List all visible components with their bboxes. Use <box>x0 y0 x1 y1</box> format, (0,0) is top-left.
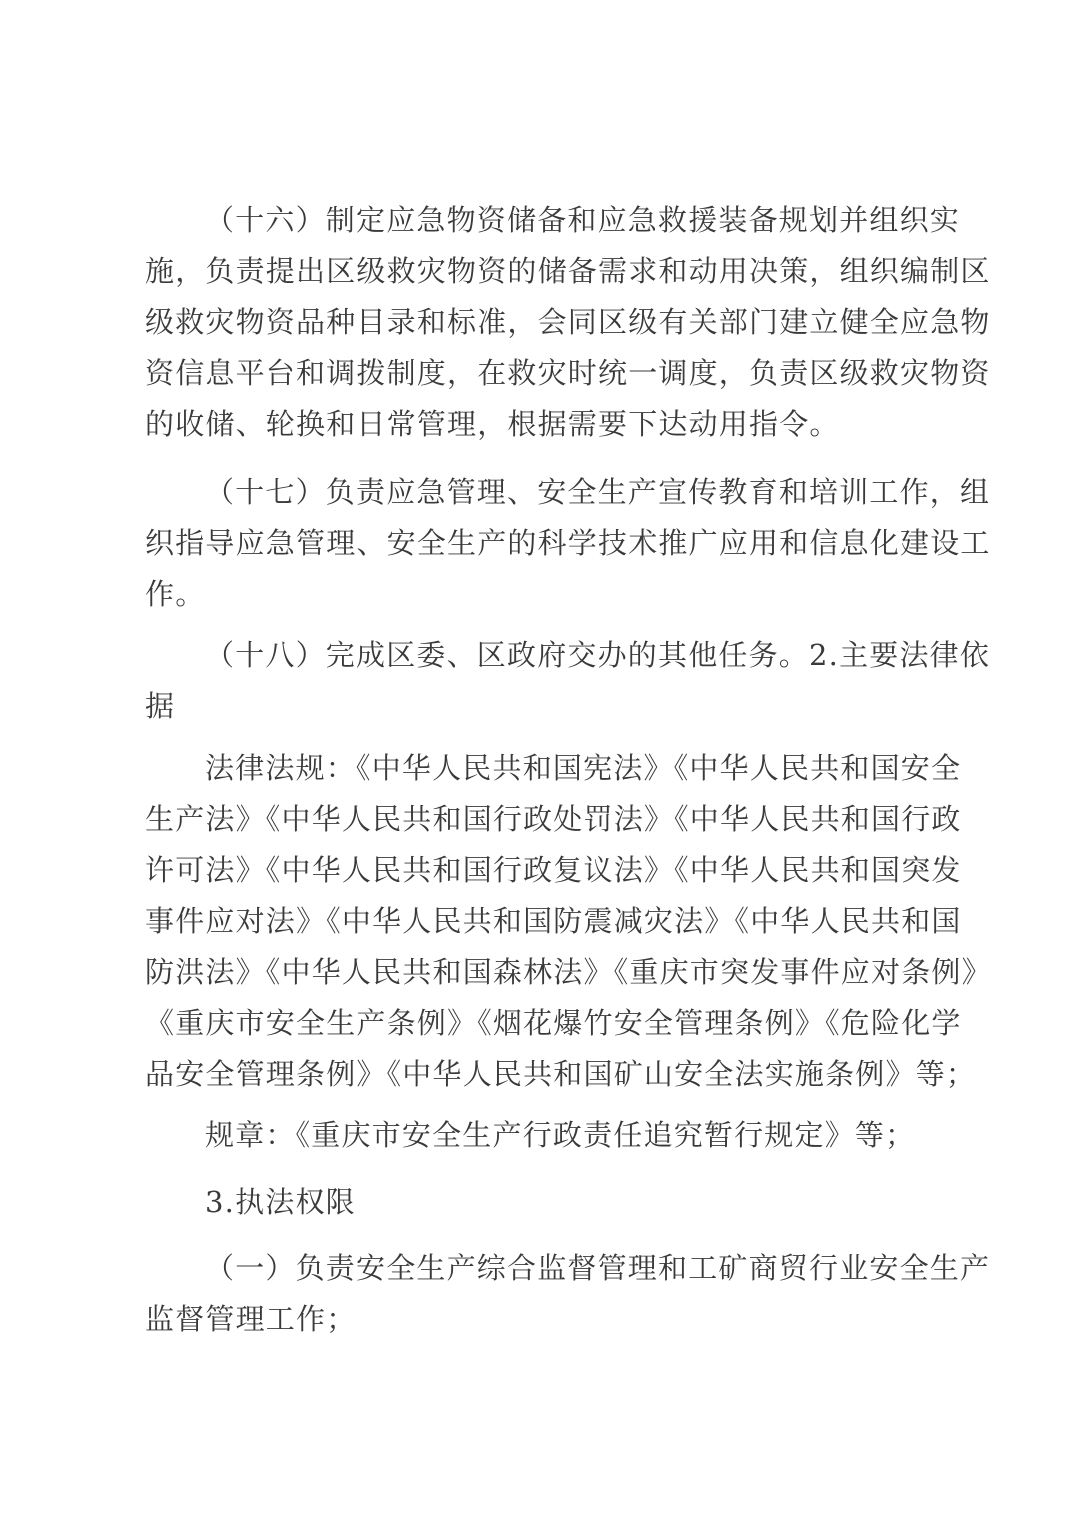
text-line: 施，负责提出区级救灾物资的储备需求和动用决策，组织编制区 <box>145 251 945 291</box>
text-line: （十七）负责应急管理、安全生产宣传教育和培训工作，组 <box>205 472 945 512</box>
text-line: 监督管理工作； <box>145 1299 945 1339</box>
text-line: 级救灾物资品种目录和标准，会同区级有关部门建立健全应急物 <box>145 302 945 342</box>
text-line: 品安全管理条例》《中华人民共和国矿山安全法实施条例》等； <box>145 1054 945 1094</box>
text-line: 织指导应急管理、安全生产的科学技术推广应用和信息化建设工 <box>145 523 945 563</box>
text-line: 资信息平台和调拨制度，在救灾时统一调度，负责区级救灾物资 <box>145 353 945 393</box>
text-line: （十六）制定应急物资储备和应急救援装备规划并组织实 <box>205 200 945 240</box>
text-line: 防洪法》《中华人民共和国森林法》《重庆市突发事件应对条例》 <box>145 952 945 992</box>
text-line: 作。 <box>145 574 945 614</box>
text-line: 法律法规：《中华人民共和国宪法》《中华人民共和国安全 <box>205 748 945 788</box>
text-line: 规章：《重庆市安全生产行政责任追究暂行规定》等； <box>205 1115 945 1155</box>
text-line: 事件应对法》《中华人民共和国防震减灾法》《中华人民共和国 <box>145 901 945 941</box>
text-line: 许可法》《中华人民共和国行政复议法》《中华人民共和国突发 <box>145 850 945 890</box>
text-line: （十八）完成区委、区政府交办的其他任务。2.主要法律依 <box>205 635 945 675</box>
section-title: 3.执法权限 <box>205 1182 945 1222</box>
text-line: 《重庆市安全生产条例》《烟花爆竹安全管理条例》《危险化学 <box>145 1003 945 1043</box>
text-line: 据 <box>145 686 945 726</box>
text-line: 的收储、轮换和日常管理，根据需要下达动用指令。 <box>145 404 945 444</box>
text-line: 生产法》《中华人民共和国行政处罚法》《中华人民共和国行政 <box>145 799 945 839</box>
text-line: （一）负责安全生产综合监督管理和工矿商贸行业安全生产 <box>205 1248 945 1288</box>
